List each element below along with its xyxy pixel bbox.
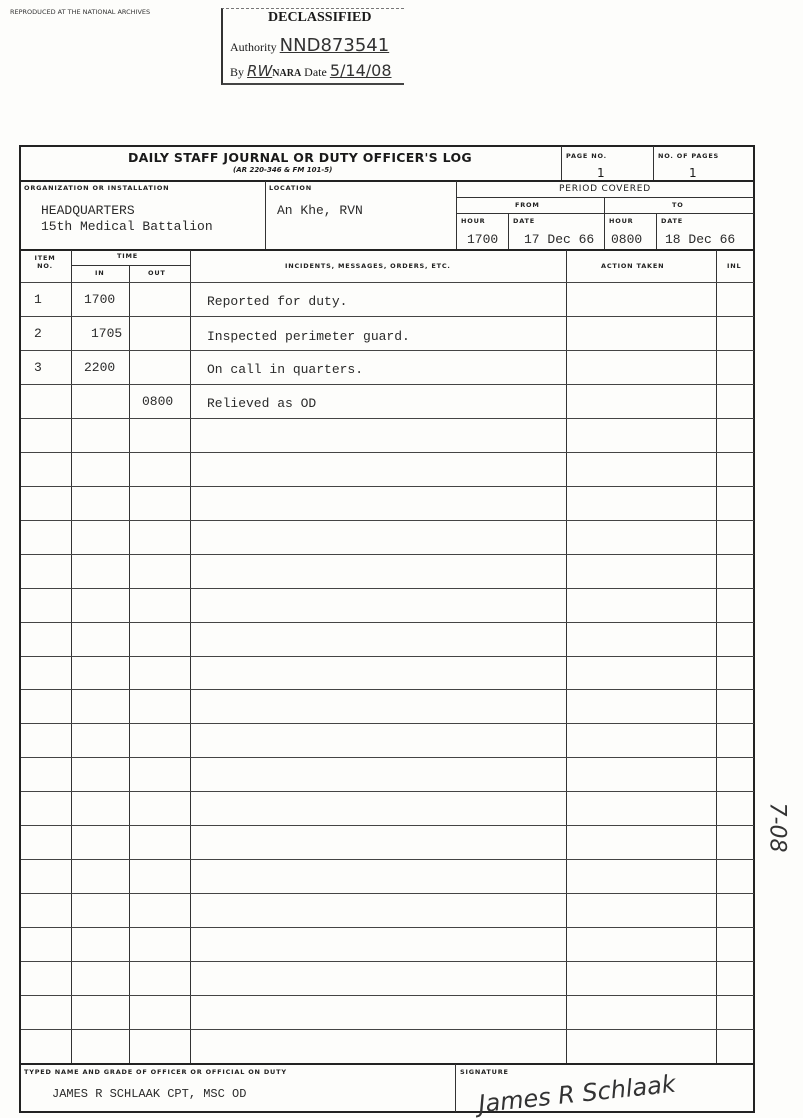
table-row-line (21, 520, 754, 521)
table-row-line (21, 486, 754, 487)
stamp-by: By RWNARA Date 5/14/08 (230, 61, 392, 80)
table-row-line (21, 757, 754, 758)
from-label: FROM (515, 201, 540, 209)
margin-note: 7-08 (764, 803, 789, 853)
page-no-label: PAGE NO. (566, 152, 607, 160)
archive-note: REPRODUCED AT THE NATIONAL ARCHIVES (10, 8, 150, 16)
page-no-value: 1 (597, 166, 605, 180)
authority-value: NND873541 (280, 35, 390, 56)
organization-line2: 15th Medical Battalion (41, 219, 213, 234)
declassified-stamp: DECLASSIFIED Authority NND873541 By RWNA… (221, 8, 404, 85)
table-row-line (21, 316, 754, 317)
table-row-line (21, 995, 754, 996)
header-incidents: INCIDENTS, MESSAGES, ORDERS, ETC. (285, 262, 451, 270)
row-3-in: 2200 (84, 360, 115, 375)
location-label: LOCATION (269, 184, 312, 192)
header-action-taken: ACTION TAKEN (601, 262, 664, 270)
table-row-line (21, 1029, 754, 1030)
by-initials: RW (247, 62, 272, 80)
to-hour-value: 0800 (611, 232, 642, 247)
table-row-line (21, 418, 754, 419)
typed-name-label: TYPED NAME AND GRADE OF OFFICER OR OFFIC… (24, 1068, 287, 1076)
row-4-incident: Relieved as OD (207, 396, 316, 411)
stamp-title: DECLASSIFIED (268, 10, 371, 26)
to-date-label: DATE (661, 217, 683, 225)
table-row-line (21, 859, 754, 860)
organization-label: ORGANIZATION OR INSTALLATION (24, 184, 169, 192)
from-hour-value: 1700 (467, 232, 498, 247)
table-row-line (21, 656, 754, 657)
table-row-line (21, 893, 754, 894)
header-out: OUT (148, 269, 166, 277)
table-row-line (21, 282, 754, 283)
period-covered-label: PERIOD COVERED (559, 184, 651, 194)
row-2-in: 1705 (91, 326, 122, 341)
row-3-incident: On call in quarters. (207, 362, 363, 377)
table-row-line (21, 689, 754, 690)
row-2-item: 2 (34, 326, 42, 341)
row-4-out: 0800 (142, 394, 173, 409)
row-3-item: 3 (34, 360, 42, 375)
table-row-line (21, 554, 754, 555)
header-in: IN (95, 269, 104, 277)
from-date-label: DATE (513, 217, 535, 225)
to-date-value: 18 Dec 66 (665, 232, 735, 247)
table-row-line (21, 452, 754, 453)
table-row-line (21, 622, 754, 623)
row-1-item: 1 (34, 292, 42, 307)
stamp-date: 5/14/08 (330, 61, 392, 80)
row-2-incident: Inspected perimeter guard. (207, 329, 410, 344)
stamp-authority: Authority NND873541 (230, 35, 389, 56)
from-date-value: 17 Dec 66 (524, 232, 594, 247)
header-inl: INL (727, 262, 741, 270)
no-of-pages-value: 1 (689, 166, 697, 180)
table-row-line (21, 791, 754, 792)
table-row-line (21, 384, 754, 385)
row-1-incident: Reported for duty. (207, 294, 347, 309)
table-row-line (21, 927, 754, 928)
to-hour-label: HOUR (609, 217, 633, 225)
header-time: TIME (117, 252, 138, 260)
signature-label: SIGNATURE (460, 1068, 509, 1076)
typed-name-value: JAMES R SCHLAAK CPT, MSC OD (52, 1087, 246, 1101)
table-row-line (21, 588, 754, 589)
header-item-no: ITEM NO. (30, 254, 60, 270)
to-label: TO (672, 201, 684, 209)
form-subtitle: (AR 220-346 & FM 101-5) (233, 166, 332, 174)
table-row-line (21, 961, 754, 962)
form-title: DAILY STAFF JOURNAL OR DUTY OFFICER'S LO… (128, 150, 472, 165)
location-value: An Khe, RVN (277, 203, 363, 218)
table-row-line (21, 350, 754, 351)
from-hour-label: HOUR (461, 217, 485, 225)
table-row-line (21, 723, 754, 724)
no-of-pages-label: NO. OF PAGES (658, 152, 719, 160)
row-1-in: 1700 (84, 292, 115, 307)
table-row-line (21, 825, 754, 826)
organization-line1: HEADQUARTERS (41, 203, 135, 218)
